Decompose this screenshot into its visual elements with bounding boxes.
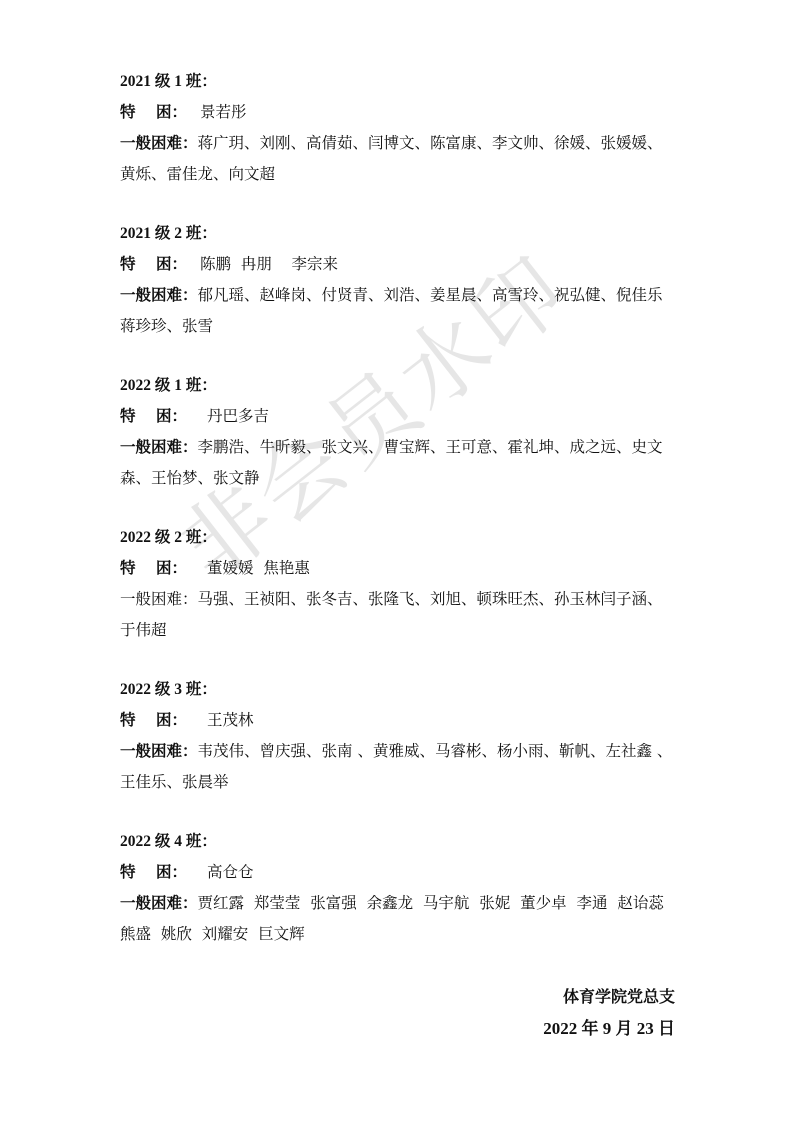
label-char-2: 困：: [156, 97, 187, 128]
general-difficulty-names: 李鹏浩、牛昕毅、张文兴、曹宝辉、王可意、霍礼坤、成之远、史文: [198, 438, 663, 456]
general-difficulty-continued: 森、王怡梦、张文静: [120, 463, 676, 494]
general-difficulty-continued: 熊盛 姚欣 刘耀安 巨文辉: [120, 919, 676, 950]
general-difficulty-names: 贾红露 郑莹莹 张富强 余鑫龙 马宇航 张妮 董少卓 李通 赵诒蕊: [198, 894, 664, 912]
general-difficulty-label: 一般困难：: [120, 590, 198, 608]
class-title: 2022 级 2 班：: [120, 522, 676, 553]
general-difficulty-continued: 蒋珍珍、张雪: [120, 311, 676, 342]
signature-block: 体育学院党总支 2022 年 9 月 23 日: [543, 981, 675, 1045]
special-difficulty-row: 特困：景若彤: [120, 97, 676, 128]
class-title: 2022 级 3 班：: [120, 674, 676, 705]
general-difficulty-label: 一般困难：: [120, 280, 198, 311]
label-char-2: 困：: [156, 857, 187, 888]
special-difficulty-label: 特困：: [120, 401, 200, 432]
class-title: 2021 级 2 班：: [120, 218, 676, 249]
special-difficulty-row: 特困：王茂林: [120, 705, 676, 736]
general-difficulty-row: 一般困难：蒋广玥、刘刚、高倩茹、闫博文、陈富康、李文帅、徐媛、张媛媛、: [120, 128, 676, 159]
class-section-2022-2: 2022 级 2 班： 特困：董媛媛 焦艳惠 一般困难：马强、王祯阳、张冬吉、张…: [120, 522, 676, 646]
general-difficulty-continued: 王佳乐、张晨举: [120, 767, 676, 798]
general-difficulty-names: 郁凡瑶、赵峰岗、付贤青、刘浩、姜星晨、高雪玲、祝弘健、倪佳乐: [198, 286, 663, 304]
special-difficulty-label: 特困：: [120, 857, 200, 888]
special-difficulty-names: 陈鹏 冉朋 李宗来: [200, 255, 338, 273]
special-difficulty-names: 高仓仓: [200, 863, 254, 881]
label-char-1: 特: [120, 249, 156, 280]
special-difficulty-row: 特困：陈鹏 冉朋 李宗来: [120, 249, 676, 280]
general-difficulty-names: 马强、王祯阳、张冬吉、张隆飞、刘旭、顿珠旺杰、孙玉林闫子涵、: [198, 590, 663, 608]
label-char-1: 特: [120, 553, 156, 584]
class-section-2021-2: 2021 级 2 班： 特困：陈鹏 冉朋 李宗来 一般困难：郁凡瑶、赵峰岗、付贤…: [120, 218, 676, 342]
special-difficulty-names: 王茂林: [200, 711, 254, 729]
class-section-2022-1: 2022 级 1 班： 特困：丹巴多吉 一般困难：李鹏浩、牛昕毅、张文兴、曹宝辉…: [120, 370, 676, 494]
label-char-1: 特: [120, 401, 156, 432]
special-difficulty-row: 特困：董媛媛 焦艳惠: [120, 553, 676, 584]
general-difficulty-label: 一般困难：: [120, 888, 198, 919]
label-char-2: 困：: [156, 249, 187, 280]
label-char-1: 特: [120, 857, 156, 888]
general-difficulty-row: 一般困难：李鹏浩、牛昕毅、张文兴、曹宝辉、王可意、霍礼坤、成之远、史文: [120, 432, 676, 463]
special-difficulty-row: 特困：高仓仓: [120, 857, 676, 888]
label-char-1: 特: [120, 97, 156, 128]
document-date: 2022 年 9 月 23 日: [543, 1013, 675, 1045]
general-difficulty-names: 蒋广玥、刘刚、高倩茹、闫博文、陈富康、李文帅、徐媛、张媛媛、: [198, 134, 663, 152]
label-char-1: 特: [120, 705, 156, 736]
class-title: 2022 级 4 班：: [120, 826, 676, 857]
special-difficulty-label: 特困：: [120, 97, 200, 128]
label-char-2: 困：: [156, 401, 187, 432]
special-difficulty-label: 特困：: [120, 553, 200, 584]
class-title: 2021 级 1 班：: [120, 66, 676, 97]
general-difficulty-row: 一般困难：贾红露 郑莹莹 张富强 余鑫龙 马宇航 张妮 董少卓 李通 赵诒蕊: [120, 888, 676, 919]
class-title: 2022 级 1 班：: [120, 370, 676, 401]
special-difficulty-label: 特困：: [120, 249, 200, 280]
label-char-2: 困：: [156, 553, 187, 584]
general-difficulty-continued: 黄烁、雷佳龙、向文超: [120, 159, 676, 190]
special-difficulty-names: 董媛媛 焦艳惠: [200, 559, 310, 577]
organization-name: 体育学院党总支: [543, 981, 675, 1013]
general-difficulty-label: 一般困难：: [120, 432, 198, 463]
document-body: 2021 级 1 班： 特困：景若彤 一般困难：蒋广玥、刘刚、高倩茹、闫博文、陈…: [120, 66, 676, 978]
label-char-2: 困：: [156, 705, 187, 736]
general-difficulty-label: 一般困难：: [120, 736, 198, 767]
general-difficulty-row: 一般困难：马强、王祯阳、张冬吉、张隆飞、刘旭、顿珠旺杰、孙玉林闫子涵、: [120, 584, 676, 615]
general-difficulty-row: 一般困难：韦茂伟、曾庆强、张南 、黄雅威、马睿彬、杨小雨、靳帆、左社鑫 、: [120, 736, 676, 767]
special-difficulty-label: 特困：: [120, 705, 200, 736]
general-difficulty-row: 一般困难：郁凡瑶、赵峰岗、付贤青、刘浩、姜星晨、高雪玲、祝弘健、倪佳乐: [120, 280, 676, 311]
general-difficulty-names: 韦茂伟、曾庆强、张南 、黄雅威、马睿彬、杨小雨、靳帆、左社鑫 、: [198, 742, 673, 760]
general-difficulty-continued: 于伟超: [120, 615, 676, 646]
general-difficulty-label: 一般困难：: [120, 128, 198, 159]
class-section-2022-3: 2022 级 3 班： 特困：王茂林 一般困难：韦茂伟、曾庆强、张南 、黄雅威、…: [120, 674, 676, 798]
special-difficulty-row: 特困：丹巴多吉: [120, 401, 676, 432]
special-difficulty-names: 景若彤: [200, 103, 247, 121]
class-section-2022-4: 2022 级 4 班： 特困：高仓仓 一般困难：贾红露 郑莹莹 张富强 余鑫龙 …: [120, 826, 676, 950]
special-difficulty-names: 丹巴多吉: [200, 407, 269, 425]
class-section-2021-1: 2021 级 1 班： 特困：景若彤 一般困难：蒋广玥、刘刚、高倩茹、闫博文、陈…: [120, 66, 676, 190]
